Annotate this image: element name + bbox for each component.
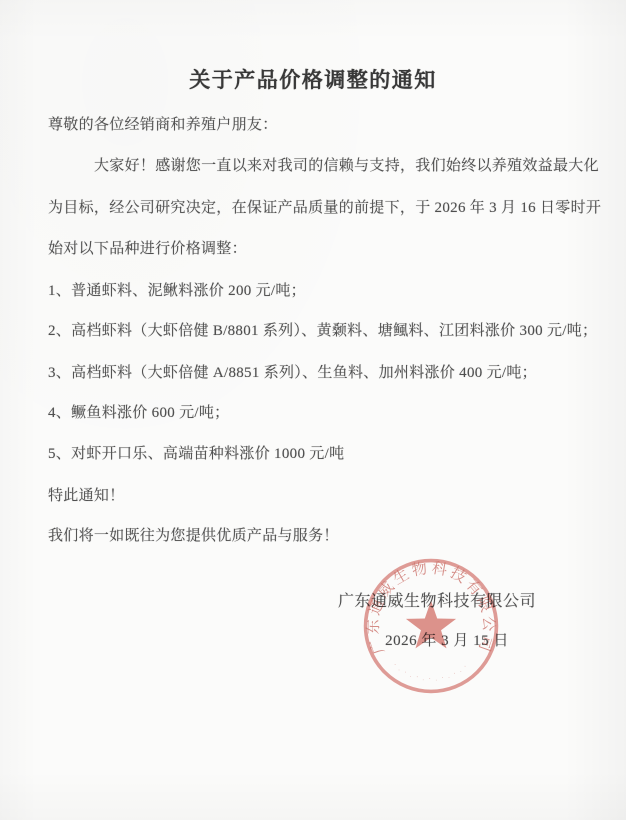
salutation: 尊敬的各位经销商和养殖户朋友： (48, 113, 606, 134)
price-item: 5、对虾开口乐、高端苗种料涨价 1000 元/吨 (48, 442, 606, 463)
service-note: 我们将一如既往为您提供优质产品与服务！ (48, 524, 606, 545)
notice-title: 关于产品价格调整的通知 (0, 64, 626, 94)
price-item: 3、高档虾料（大虾倍健 A/8851 系列）、生鱼料、加州料涨价 400 元/吨… (48, 361, 606, 382)
company-seal: 广东通威生物科技有限公司 ·﹒·﹒·﹒·﹒·﹒·﹒· (360, 555, 502, 697)
body-line: 为目标，经公司研究决定，在保证产品质量的前提下，于 2026 年 3 月 16 … (48, 196, 606, 217)
seal-code-marks: ·﹒·﹒·﹒·﹒·﹒·﹒· (392, 662, 471, 682)
seal-star-icon (406, 601, 456, 649)
closing-note: 特此通知！ (48, 484, 606, 505)
price-item: 4、鳜鱼料涨价 600 元/吨； (48, 401, 606, 422)
price-item: 2、高档虾料（大虾倍健 B/8801 系列）、黄颡料、塘鲺料、江团料涨价 300… (48, 319, 606, 340)
body-line: 始对以下品种进行价格调整： (48, 237, 606, 258)
body-line: 大家好！感谢您一直以来对我司的信赖与支持，我们始终以养殖效益最大化 (48, 154, 606, 175)
price-item: 1、普通虾料、泥鳅料涨价 200 元/吨； (48, 279, 606, 300)
